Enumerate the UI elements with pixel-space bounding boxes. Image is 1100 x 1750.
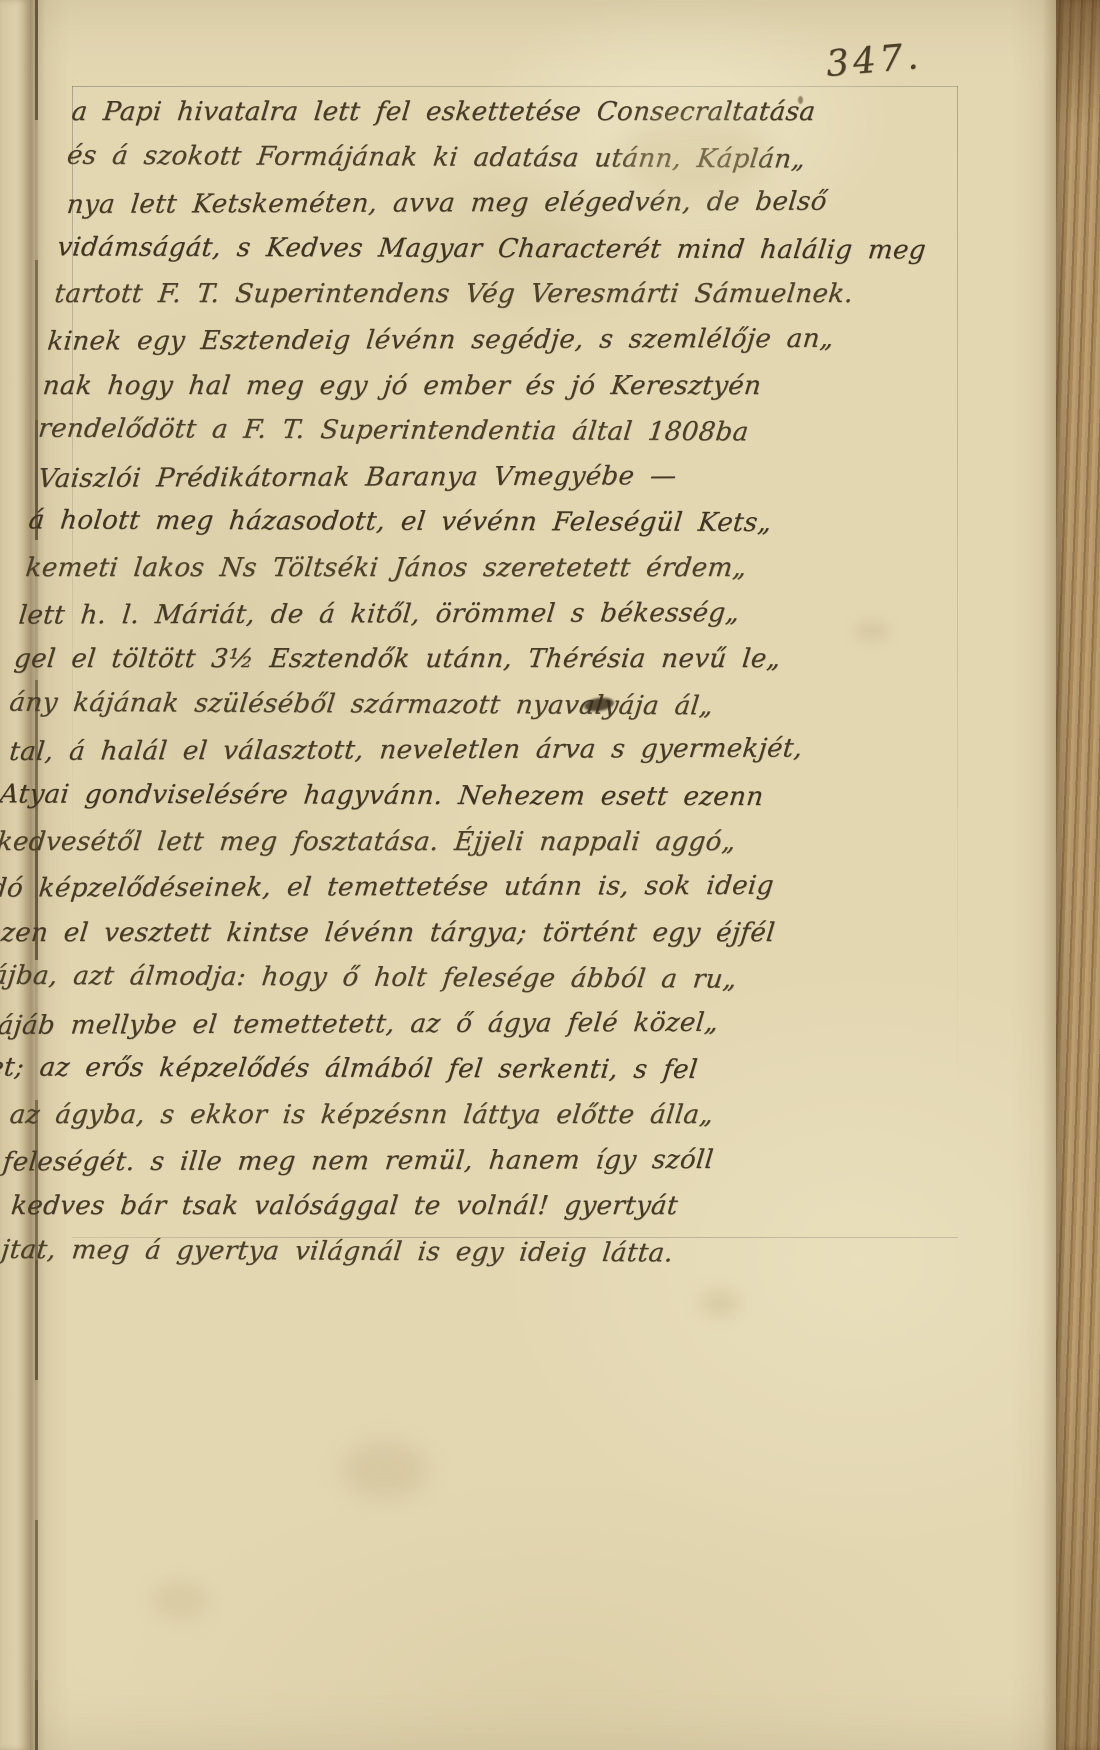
paper-stain — [855, 620, 889, 642]
manuscript-line: kinek egy Esztendeig lévénn segédje, s s… — [45, 316, 950, 365]
manuscript-line: á holott meg házasodott, el vévénn Feles… — [26, 499, 931, 548]
paper-stain — [620, 110, 770, 200]
manuscript-line: dó képzelődéseinek, el temettetése utánn… — [0, 864, 893, 913]
manuscript-line: ány kájának szüléséből származott nyaval… — [7, 680, 912, 730]
manuscript-line: Oh kedves bár tsak valósággal te volnál!… — [0, 1184, 859, 1230]
manuscript-line: tájba, azt álmodja: hogy ő holt felesége… — [0, 954, 883, 1004]
manuscript-line: ezen el vesztett kintse lévénn tárgya; t… — [0, 911, 888, 957]
manuscript-line: Atyai gondviselésére hagyvánn. Nehezem e… — [0, 772, 902, 821]
manuscript-line: lett h. l. Máriát, de á kitől, örömmel s… — [16, 590, 921, 639]
manuscript-line: nak hogy hal meg egy jó ember és jó Kere… — [40, 364, 945, 410]
paper-stain — [340, 1440, 430, 1500]
manuscript-line: nya lett Ketskeméten, avva meg elégedvén… — [65, 179, 965, 228]
paper-stain — [150, 1580, 210, 1620]
ink-speck — [798, 96, 803, 104]
manuscript-line: get; az erős képzelődés álmából fel serk… — [0, 1046, 873, 1095]
manuscript-line: Vaiszlói Prédikátornak Baranya Vmegyébe … — [36, 453, 936, 502]
paper-sheet: 347. a Papi hivatalra lett fel esketteté… — [0, 0, 1100, 1750]
manuscript-line: gyújtat, meg á gyertya világnál is egy i… — [0, 1227, 854, 1277]
manuscript-line: gel el töltött 3½ Esztendők utánn, Théré… — [12, 637, 917, 683]
manuscript-line: és á szokott Formájának ki adatása utánn… — [65, 133, 970, 183]
manuscript-line: kedvesétől lett meg fosztatása. Éjjeli n… — [0, 820, 897, 866]
manuscript-line: tartott F. T. Superintendens Vég Veresmá… — [52, 272, 955, 318]
manuscript-line: a Papi hivatalra lett fel eskettetése Co… — [69, 90, 974, 136]
manuscript-line: tal, á halál el választott, neveletlen á… — [7, 726, 907, 775]
paper-stain — [700, 1290, 740, 1316]
manuscript-line: rendelődött a F. T. Superintendentia ált… — [36, 407, 941, 457]
ruled-frame-top — [72, 86, 958, 87]
manuscript-line: ni feleségét. s ille meg nem remül, hane… — [0, 1137, 864, 1186]
page-number: 347. — [824, 36, 923, 85]
manuscript-line: hájáb mellybe el temettetett, az ő ágya … — [0, 1000, 878, 1049]
manuscript-line: vidámságát, s Kedves Magyar Characterét … — [55, 225, 960, 274]
book-fore-edge — [1056, 0, 1100, 1750]
manuscript-scan: 347. a Papi hivatalra lett fel esketteté… — [0, 0, 1100, 1750]
manuscript-line: kemeti lakos Ns Töltséki János szeretete… — [23, 546, 926, 592]
handwritten-text: a Papi hivatalra lett fel eskettetése Co… — [0, 90, 974, 1275]
manuscript-line: ül az ágyba, s ekkor is képzésnn láttya … — [0, 1093, 869, 1139]
